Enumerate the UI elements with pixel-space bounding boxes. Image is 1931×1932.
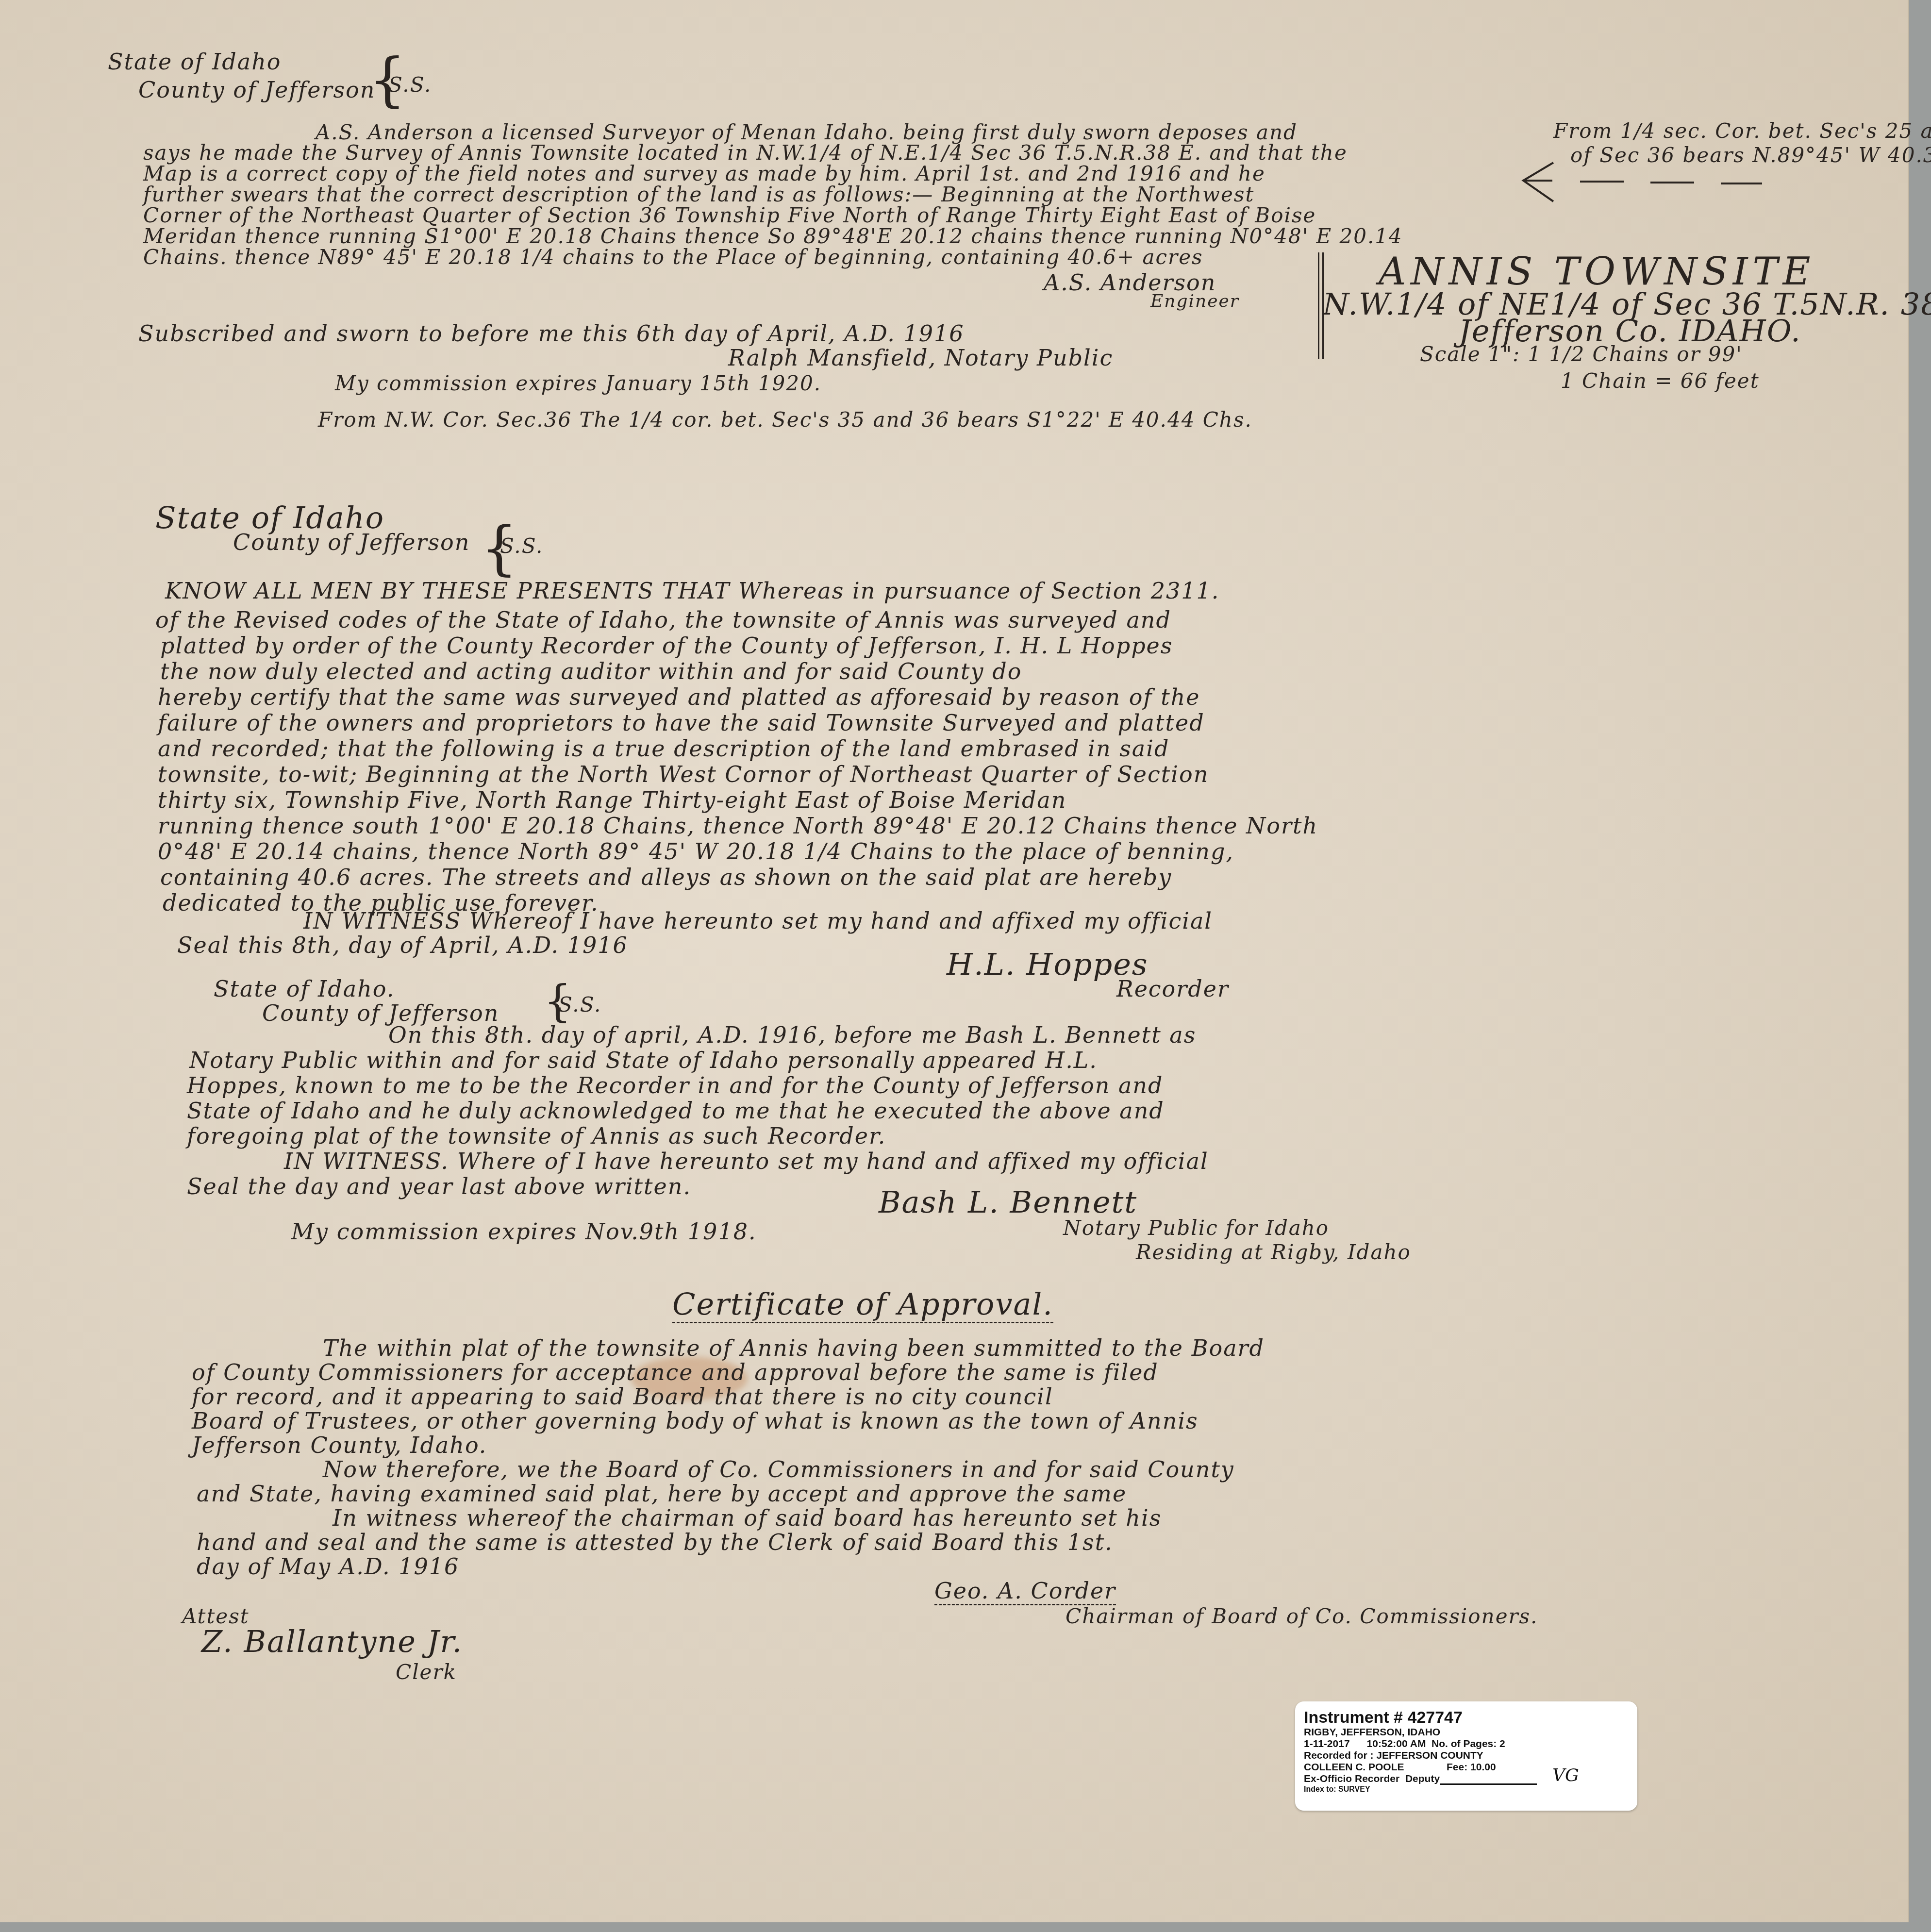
ack-line: Seal the day and year last above written… xyxy=(187,1173,691,1199)
tie-note-right-1: From 1/4 sec. Cor. bet. Sec's 25 and 36 xyxy=(1553,119,1931,143)
approval-line: Board of Trustees, or other governing bo… xyxy=(192,1408,1199,1434)
ack-line: Hoppes, known to me to be the Recorder i… xyxy=(187,1072,1163,1099)
approval-line: day of May A.D. 1916 xyxy=(197,1553,459,1580)
ss-mark: S.S. xyxy=(388,73,432,97)
ack-line: IN WITNESS. Where of I have hereunto set… xyxy=(284,1148,1209,1174)
stamp-office: Ex-Officio Recorder Deputy xyxy=(1304,1773,1637,1785)
deputy-signature-line xyxy=(1440,1775,1537,1785)
notary-residence: Residing at Rigby, Idaho xyxy=(1136,1240,1411,1264)
cert-line: of the Revised codes of the State of Ida… xyxy=(155,607,1171,633)
approval-line: Jefferson County, Idaho. xyxy=(192,1432,487,1458)
recording-stamp: Instrument # 427747 RIGBY, JEFFERSON, ID… xyxy=(1295,1701,1637,1811)
cert-line: Seal this 8th, day of April, A.D. 1916 xyxy=(177,932,628,958)
approval-line: for record, and it appearing to said Boa… xyxy=(192,1383,1053,1410)
chair-signature: Geo. A. Corder xyxy=(934,1578,1116,1605)
stamp-datetime: 1-11-2017 10:52:00 AM No. of Pages: 2 xyxy=(1304,1738,1637,1750)
ss-mark-2: S.S. xyxy=(500,534,543,558)
stamp-time: 10:52:00 AM xyxy=(1367,1738,1426,1749)
stamp-date: 1-11-2017 xyxy=(1304,1738,1350,1749)
surveyor-title: Engineer xyxy=(1150,291,1239,311)
venue-state-3: State of Idaho. xyxy=(214,976,395,1002)
notary-commission: My commission expires Nov.9th 1918. xyxy=(291,1218,757,1245)
notary-title: Notary Public for Idaho xyxy=(1063,1216,1329,1240)
cert-line: failure of the owners and proprietors to… xyxy=(158,710,1205,736)
stamp-pages: No. of Pages: 2 xyxy=(1432,1738,1505,1749)
affidavit-line: says he made the Survey of Annis Townsit… xyxy=(143,141,1348,165)
approval-line: hand and seal and the same is attested b… xyxy=(197,1529,1113,1555)
clerk-title: Clerk xyxy=(396,1660,457,1684)
recorder-title: Recorder xyxy=(1116,976,1229,1002)
venue-county-2: County of Jefferson xyxy=(233,529,470,555)
commission-expiry: My commission expires January 15th 1920. xyxy=(335,371,821,395)
cert-line: townsite, to-wit; Beginning at the North… xyxy=(158,761,1209,787)
instrument-number: Instrument # 427747 xyxy=(1304,1708,1637,1727)
notary-signature: Ralph Mansfield, Notary Public xyxy=(728,345,1113,371)
clerk-signature: Z. Ballantyne Jr. xyxy=(201,1624,463,1659)
jurat: Subscribed and sworn to before me this 6… xyxy=(138,320,965,347)
approval-line: Now therefore, we the Board of Co. Commi… xyxy=(323,1456,1234,1482)
venue-county: County of Jefferson xyxy=(138,77,375,103)
stamp-fee: Fee: 10.00 xyxy=(1447,1762,1496,1773)
ss-mark-3: S.S. xyxy=(558,993,601,1016)
approval-heading: Certificate of Approval. xyxy=(672,1286,1053,1323)
stamp-recorder-fee: COLLEEN C. POOLE Fee: 10.00 xyxy=(1304,1762,1637,1773)
ack-line: On this 8th. day of april, A.D. 1916, be… xyxy=(388,1022,1196,1048)
affidavit-line: Chains. thence N89° 45' E 20.18 1/4 chai… xyxy=(143,245,1203,269)
ack-line: State of Idaho and he duly acknowledged … xyxy=(187,1098,1165,1124)
cert-line: platted by order of the County Recorder … xyxy=(160,633,1173,659)
approval-line: of County Commissioners for acceptance a… xyxy=(192,1359,1159,1385)
stamp-recorder: COLLEEN C. POOLE xyxy=(1304,1762,1404,1773)
cert-line: and recorded; that the following is a tr… xyxy=(158,735,1169,762)
affidavit-line: Meridan thence running S1°00' E 20.18 Ch… xyxy=(143,224,1403,248)
cert-line: thirty six, Township Five, North Range T… xyxy=(158,787,1066,813)
cert-line: 0°48' E 20.14 chains, thence North 89° 4… xyxy=(158,838,1234,865)
affidavit-line: further swears that the correct descript… xyxy=(143,183,1254,206)
arrow-left-icon xyxy=(1519,155,1859,209)
approval-line: The within plat of the townsite of Annis… xyxy=(323,1335,1265,1361)
chair-title: Chairman of Board of Co. Commissioners. xyxy=(1065,1604,1538,1628)
plat-scale: Scale 1": 1 1/2 Chains or 99' xyxy=(1420,342,1743,366)
approval-line: In witness whereof the chairman of said … xyxy=(333,1505,1162,1531)
notary-ack-signature: Bash L. Bennett xyxy=(879,1184,1137,1220)
ack-line: Notary Public within and for said State … xyxy=(189,1047,1098,1073)
cert-line: running thence south 1°00' E 20.18 Chain… xyxy=(158,813,1318,839)
stamp-recorded-for: Recorded for : JEFFERSON COUNTY xyxy=(1304,1750,1637,1762)
cert-line: hereby certify that the same was surveye… xyxy=(158,684,1200,710)
deputy-initials: VG xyxy=(1552,1765,1579,1785)
document-page: State of Idaho County of Jefferson { S.S… xyxy=(0,0,1909,1922)
venue-state: State of Idaho xyxy=(108,49,281,75)
stamp-index: Index to: SURVEY xyxy=(1304,1785,1637,1795)
cert-line: IN WITNESS Whereof I have hereunto set m… xyxy=(303,908,1213,934)
ack-line: foregoing plat of the townsite of Annis … xyxy=(187,1123,886,1149)
approval-line: and State, having examined said plat, he… xyxy=(197,1481,1127,1507)
cert-line: the now duly elected and acting auditor … xyxy=(160,658,1022,684)
cert-line: containing 40.6 acres. The streets and a… xyxy=(160,864,1172,890)
affidavit-line: Map is a correct copy of the field notes… xyxy=(143,162,1265,185)
affidavit-line: Corner of the Northeast Quarter of Secti… xyxy=(143,203,1316,227)
tie-note: From N.W. Cor. Sec.36 The 1/4 cor. bet. … xyxy=(318,408,1252,432)
cert-line: KNOW ALL MEN BY THESE PRESENTS THAT Wher… xyxy=(165,578,1220,604)
stamp-location: RIGBY, JEFFERSON, IDAHO xyxy=(1304,1727,1637,1738)
plat-chain-note: 1 Chain = 66 feet xyxy=(1561,369,1760,393)
